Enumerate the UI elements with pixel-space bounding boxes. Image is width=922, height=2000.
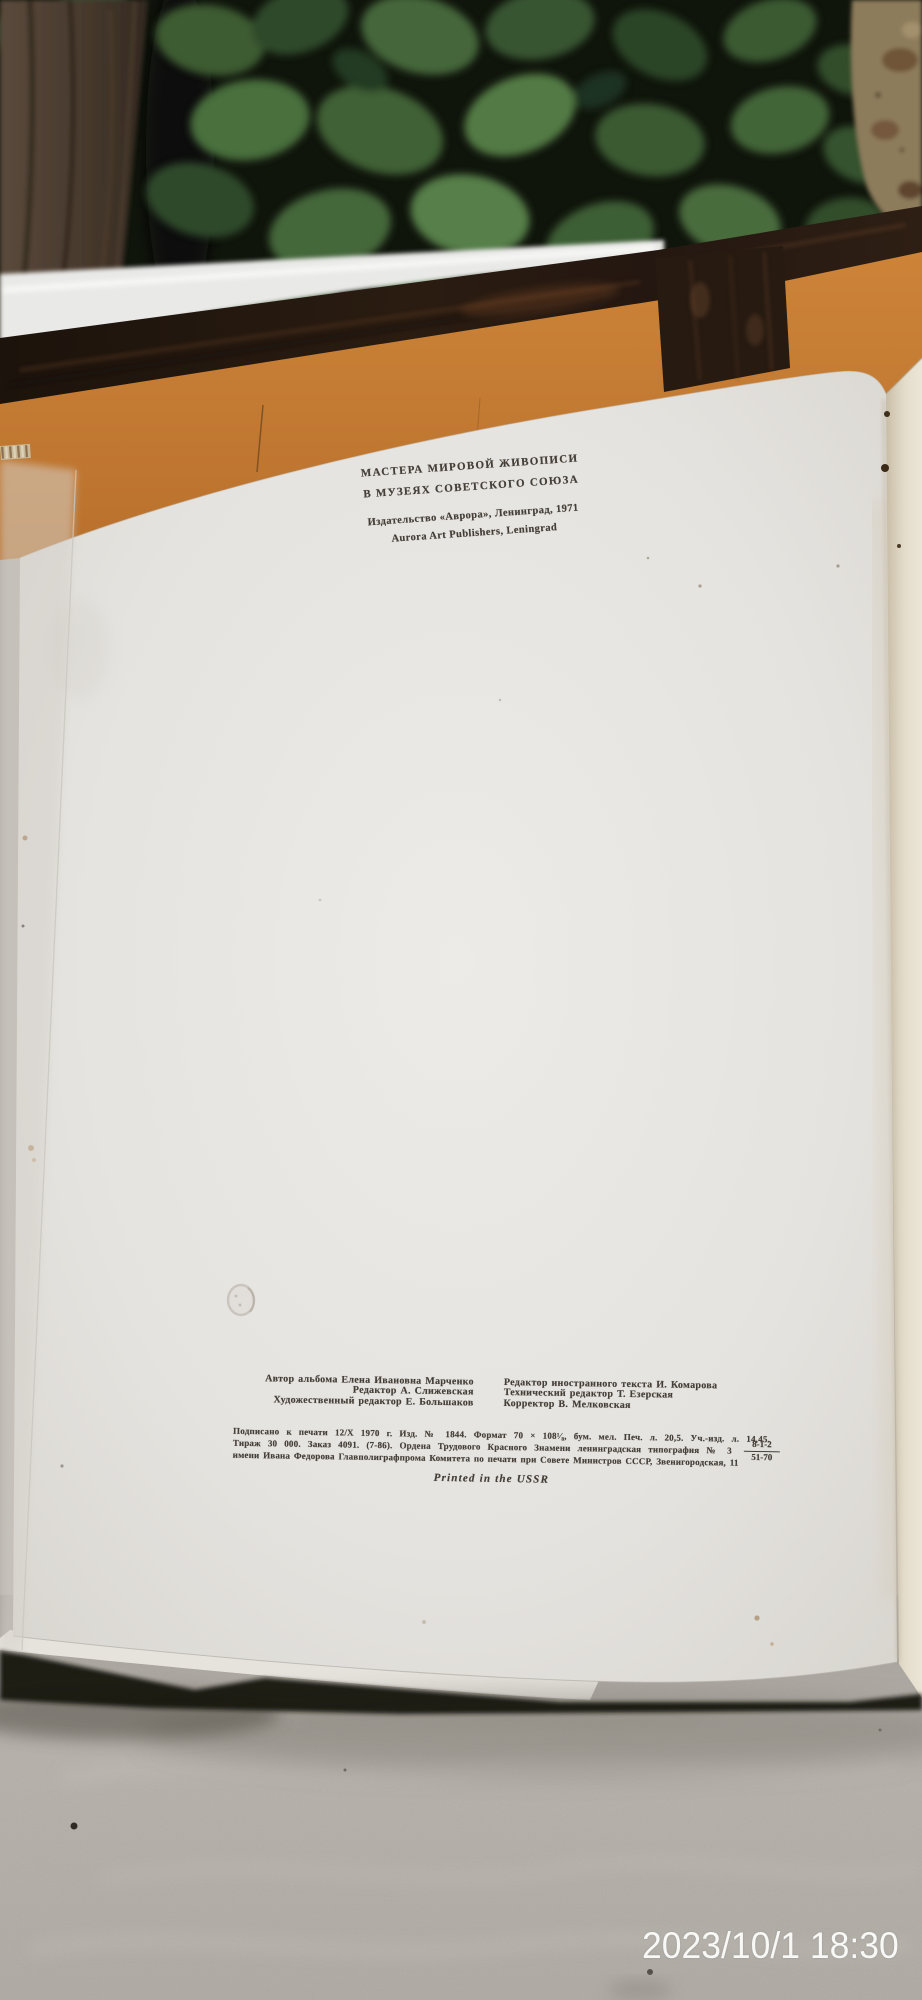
- embossed-stamp: [228, 1285, 254, 1315]
- book-spine: [655, 246, 790, 392]
- credit-proofreader: Корректор В. Мелковская: [503, 1399, 717, 1413]
- credits-left-column: Автор альбома Елена Ивановна Марченко Ре…: [234, 1374, 474, 1409]
- page-stack-edge: [0, 444, 31, 460]
- imprint-block: Подписано к печати 12/X 1970 г. Изд. № 1…: [233, 1425, 771, 1470]
- photo-background: [0, 0, 922, 2000]
- print-code: 8-1-2 51-70: [744, 1439, 780, 1464]
- photo-of-open-book: МАСТЕРА МИРОВОЙ ЖИВОПИСИ В МУЗЕЯХ СОВЕТС…: [0, 0, 922, 2000]
- credits-right-column: Редактор иностранного текста И. Комарова…: [503, 1378, 717, 1413]
- camera-timestamp: 2023/10/1 18:30: [642, 1925, 899, 1967]
- credit-art-editor: Художественный редактор Е. Большаков: [234, 1395, 474, 1409]
- print-code-top: 8-1-2: [744, 1439, 780, 1453]
- credits-row: Автор альбома Елена Ивановна Марченко Ре…: [234, 1374, 779, 1414]
- print-code-bottom: 51-70: [744, 1452, 780, 1464]
- printed-in-ussr-note: Printed in the USSR: [227, 1469, 755, 1489]
- colophon-block: Автор альбома Елена Ивановна Марченко Ре…: [227, 1368, 781, 1512]
